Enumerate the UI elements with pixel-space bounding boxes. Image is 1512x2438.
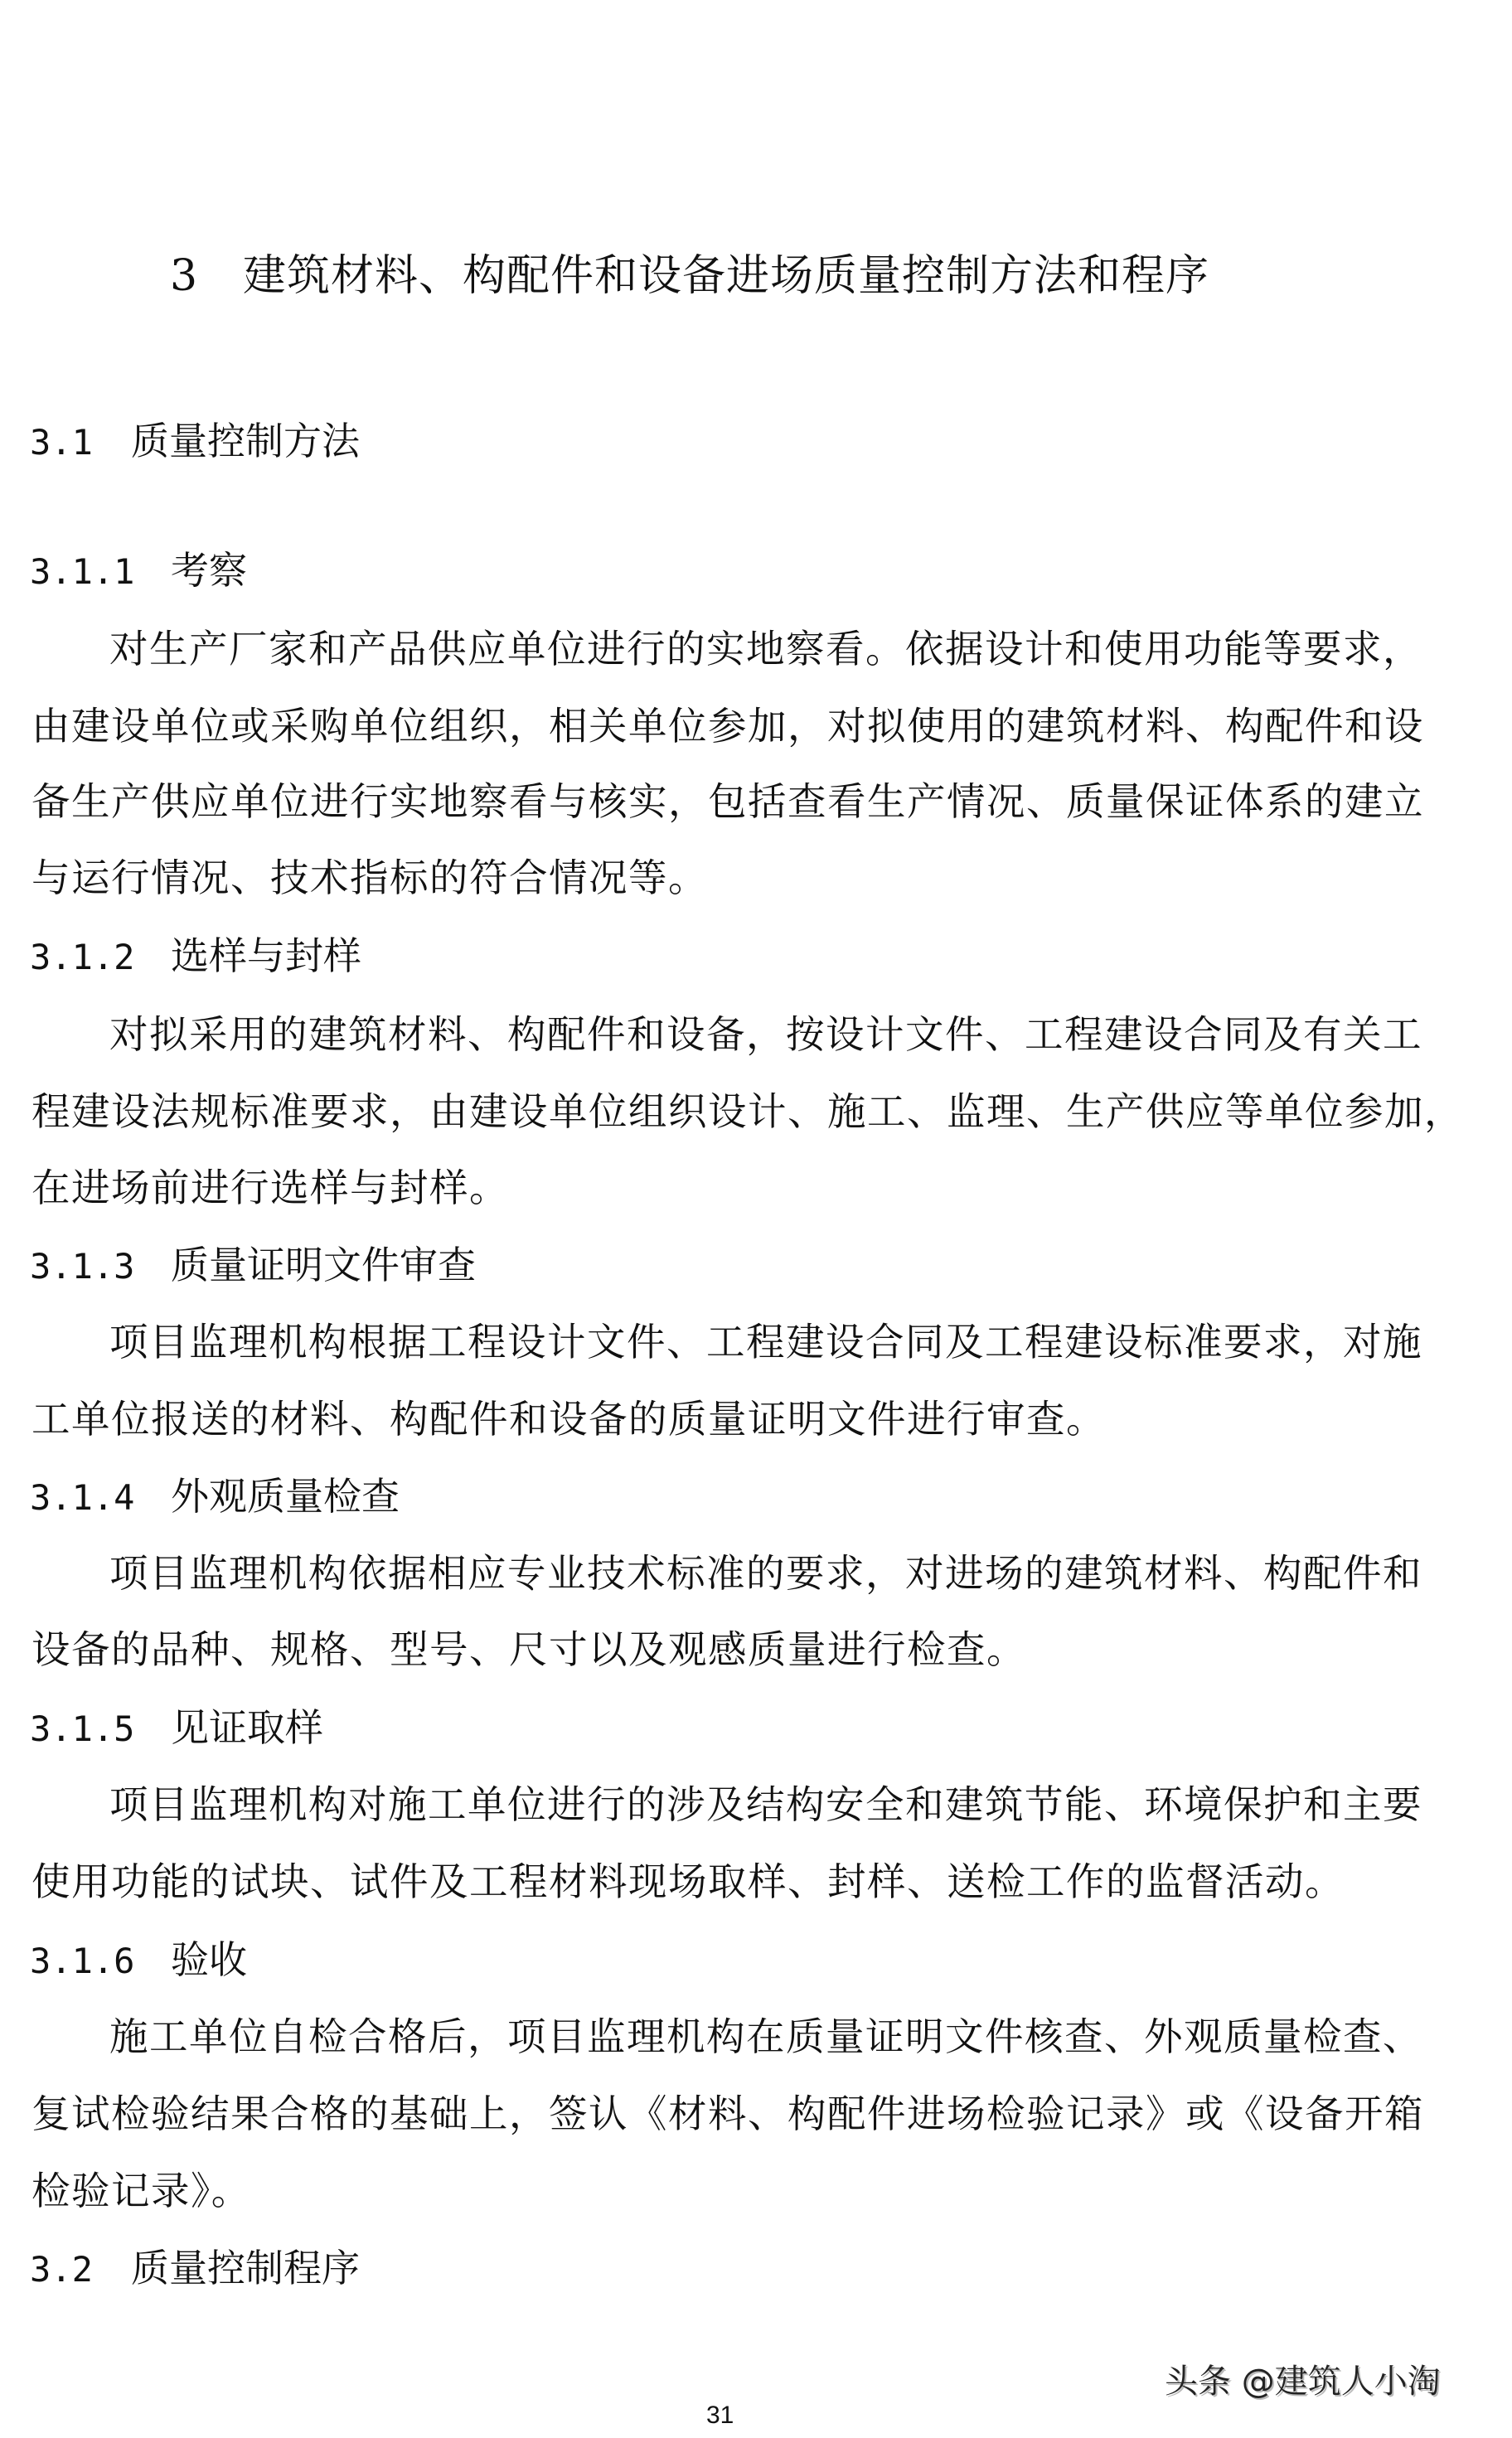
subsection-heading-3-1-3: 3.1.3质量证明文件审查 (30, 1242, 476, 1290)
paragraph-line: 项目监理机构对施工单位进行的涉及结构安全和建筑节能、环境保护和主要 (109, 1781, 1422, 1828)
paragraph-line: 项目监理机构依据相应专业技术标准的要求，对进场的建筑材料、构配件和 (109, 1550, 1422, 1597)
subsection-title: 质量证明文件审查 (171, 1243, 476, 1287)
chapter-title: 3建筑材料、构配件和设备进场质量控制方法和程序 (170, 250, 1209, 302)
paragraph-line: 对拟采用的建筑材料、构配件和设备，按设计文件、工程建设合同及有关工 (109, 1011, 1422, 1058)
subsection-title: 外观质量检查 (171, 1474, 400, 1519)
paragraph-line: 程建设法规标准要求，由建设单位组织设计、施工、监理、生产供应等单位参加， (31, 1088, 1464, 1135)
paragraph-line: 在进场前进行选样与封样。 (31, 1165, 509, 1211)
subsection-heading-3-1-4: 3.1.4外观质量检查 (30, 1473, 400, 1521)
paragraph-line: 使用功能的试块、试件及工程材料现场取样、封样、送检工作的监督活动。 (31, 1859, 1345, 1905)
subsection-title: 选样与封样 (171, 933, 361, 978)
paragraph-line: 施工单位自检合格后，项目监理机构在质量证明文件核查、外观质量检查、 (109, 2014, 1422, 2060)
paragraph-line: 设备的品种、规格、型号、尺寸以及观感质量进行检查。 (31, 1626, 1026, 1673)
subsection-heading-3-1-2: 3.1.2选样与封样 (30, 933, 361, 981)
paragraph-line: 对生产厂家和产品供应单位进行的实地察看。依据设计和使用功能等要求， (109, 626, 1422, 672)
subsection-number: 3.1.3 (30, 1243, 171, 1290)
section-heading-3-2: 3.2质量控制程序 (30, 2245, 360, 2293)
subsection-heading-3-1-6: 3.1.6验收 (30, 1936, 247, 1985)
chapter-title-text: 建筑材料、构配件和设备进场质量控制方法和程序 (243, 251, 1209, 301)
section-title: 质量控制程序 (131, 2246, 360, 2290)
subsection-title: 考察 (171, 548, 247, 593)
paragraph-line: 检验记录》。 (31, 2168, 251, 2214)
paragraph-line: 工单位报送的材料、构配件和设备的质量证明文件进行审查。 (31, 1396, 1106, 1442)
section-heading-3-1: 3.1质量控制方法 (30, 418, 360, 466)
section-number: 3.1 (30, 419, 131, 466)
subsection-heading-3-1-5: 3.1.5见证取样 (30, 1704, 323, 1752)
subsection-title: 见证取样 (171, 1705, 323, 1750)
subsection-title: 验收 (171, 1937, 247, 1982)
subsection-number: 3.1.5 (30, 1706, 171, 1752)
subsection-number: 3.1.6 (30, 1938, 171, 1985)
paragraph-line: 由建设单位或采购单位组织，相关单位参加，对拟使用的建筑材料、构配件和设 (31, 703, 1424, 749)
subsection-heading-3-1-1: 3.1.1考察 (30, 547, 247, 595)
subsection-number: 3.1.2 (30, 934, 171, 981)
section-title: 质量控制方法 (131, 419, 360, 463)
paragraph-line: 与运行情况、技术指标的符合情况等。 (31, 855, 708, 901)
watermark: 头条 @建筑人小淘 (1165, 2361, 1441, 2402)
paragraph-line: 复试检验结果合格的基础上，签认《材料、构配件进场检验记录》或《设备开箱 (31, 2091, 1424, 2137)
chapter-number: 3 (170, 250, 243, 302)
section-number: 3.2 (30, 2247, 131, 2293)
paragraph-line: 项目监理机构根据工程设计文件、工程建设合同及工程建设标准要求，对施 (109, 1319, 1422, 1365)
paragraph-line: 备生产供应单位进行实地察看与核实，包括查看生产情况、质量保证体系的建立 (31, 778, 1424, 825)
subsection-number: 3.1.1 (30, 549, 171, 595)
page-number: 31 (706, 2401, 734, 2431)
subsection-number: 3.1.4 (30, 1475, 171, 1521)
